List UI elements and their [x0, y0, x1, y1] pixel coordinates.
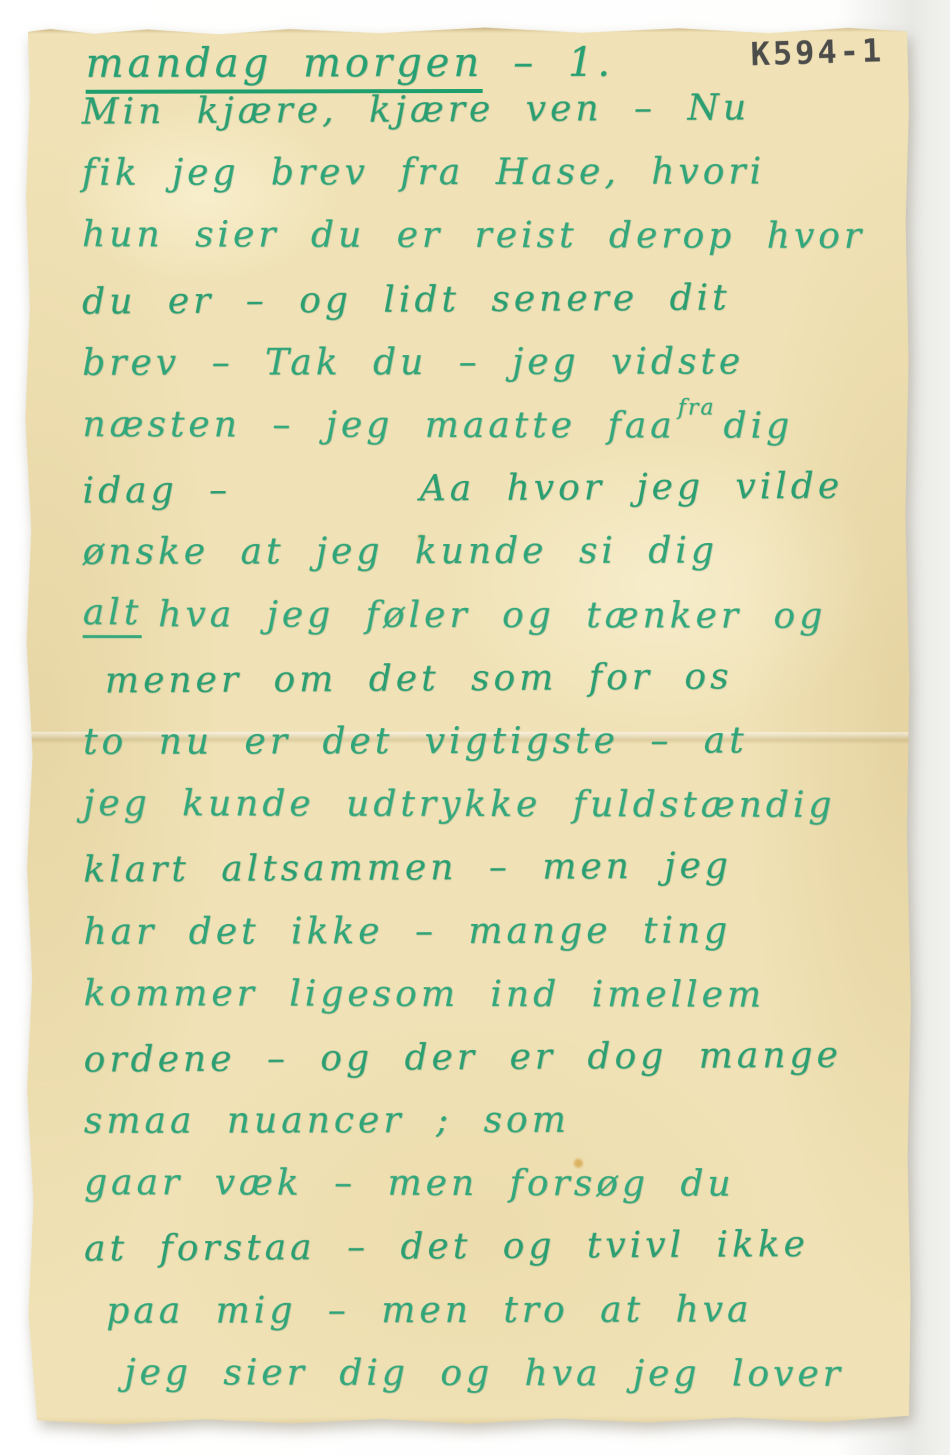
letter-paper: K594-1 mandag morgen– 1. Min kjære, kjær…	[24, 25, 914, 1426]
letter-line: næsten – jeg maatte faafradig	[82, 393, 897, 458]
line-text: brev – Tak du – jeg vidste	[82, 341, 744, 383]
line-text: ordene – og der er dog mange	[84, 1035, 842, 1081]
line-text: Min kjære, kjære ven – Nu	[82, 87, 751, 132]
letter-line: jeg sier dig og hva jeg lover	[84, 1341, 899, 1406]
line-text: gaar væk – men forsøg du	[84, 1162, 735, 1204]
line-text: idag – Aa hvor jeg vilde	[82, 466, 843, 512]
paper-sheet: K594-1 mandag morgen– 1. Min kjære, kjær…	[24, 25, 914, 1426]
letter-line: ønske at jeg kunde si dig	[83, 519, 898, 584]
letter-line: kommer ligesom ind imellem	[83, 962, 898, 1027]
line-text: ønske at jeg kunde si dig	[83, 531, 718, 573]
line-text: jeg sier dig og hva jeg lover	[124, 1352, 844, 1395]
line-text: næsten – jeg maatte faa	[82, 404, 675, 446]
line-text: at forstaa – det og tvivl ikke	[84, 1224, 809, 1270]
catalog-label: K594-1	[750, 31, 885, 73]
inserted-word: fra	[678, 395, 716, 420]
line-text: dig	[723, 406, 793, 447]
letter-line: du er – og lidt senere dit	[82, 265, 897, 333]
letter-line: jeg kunde udtrykke fuldstændig	[83, 772, 898, 837]
line-text: jeg kunde udtrykke fuldstændig	[83, 783, 835, 826]
line-text: du er – og lidt senere dit	[82, 277, 731, 322]
letter-line: har det ikke – mange ting	[83, 899, 898, 964]
letter-line: brev – Tak du – jeg vidste	[82, 330, 897, 395]
line-text: paa mig – men tro at hva	[106, 1289, 752, 1331]
line-text: mener om det som for os	[105, 656, 733, 701]
letter-line: hun sier du er reist derop hvor	[82, 203, 897, 268]
line-text: har det ikke – mange ting	[83, 910, 731, 952]
letter-body: Min kjære, kjære ven – Nu fik jeg brev f…	[82, 77, 900, 1406]
letter-line: fik jeg brev fra Hase, hvori	[82, 140, 897, 205]
letter-line: at forstaa – det og tvivl ikke	[84, 1213, 899, 1281]
letter-line: smaa nuancer ; som	[84, 1088, 899, 1153]
letter-line: to nu er det vigtigste – at	[83, 709, 898, 774]
letter-line: althva jeg føler og tænker og	[83, 583, 898, 648]
letter-line: klart altsammen – men jeg	[83, 834, 898, 902]
letter-line: ordene – og der er dog mange	[83, 1023, 898, 1091]
line-text: to nu er det vigtigste – at	[83, 720, 748, 762]
line-text: klart altsammen – men jeg	[83, 846, 732, 891]
letter-line: mener om det som for os	[83, 644, 898, 712]
line-text: hun sier du er reist derop hvor	[82, 214, 865, 257]
line-text: smaa nuancer ; som	[84, 1100, 570, 1142]
line-text: fik jeg brev fra Hase, hvori	[82, 152, 765, 194]
letter-line: paa mig – men tro at hva	[84, 1278, 899, 1343]
letter-line: Min kjære, kjære ven – Nu	[82, 75, 897, 143]
underlined-word: alt	[83, 591, 143, 637]
letter-line: idag – Aa hvor jeg vilde	[82, 454, 897, 522]
letter-line: gaar væk – men forsøg du	[84, 1151, 899, 1216]
line-text: kommer ligesom ind imellem	[84, 973, 766, 1016]
line-text: hva jeg føler og tænker og	[158, 594, 826, 637]
